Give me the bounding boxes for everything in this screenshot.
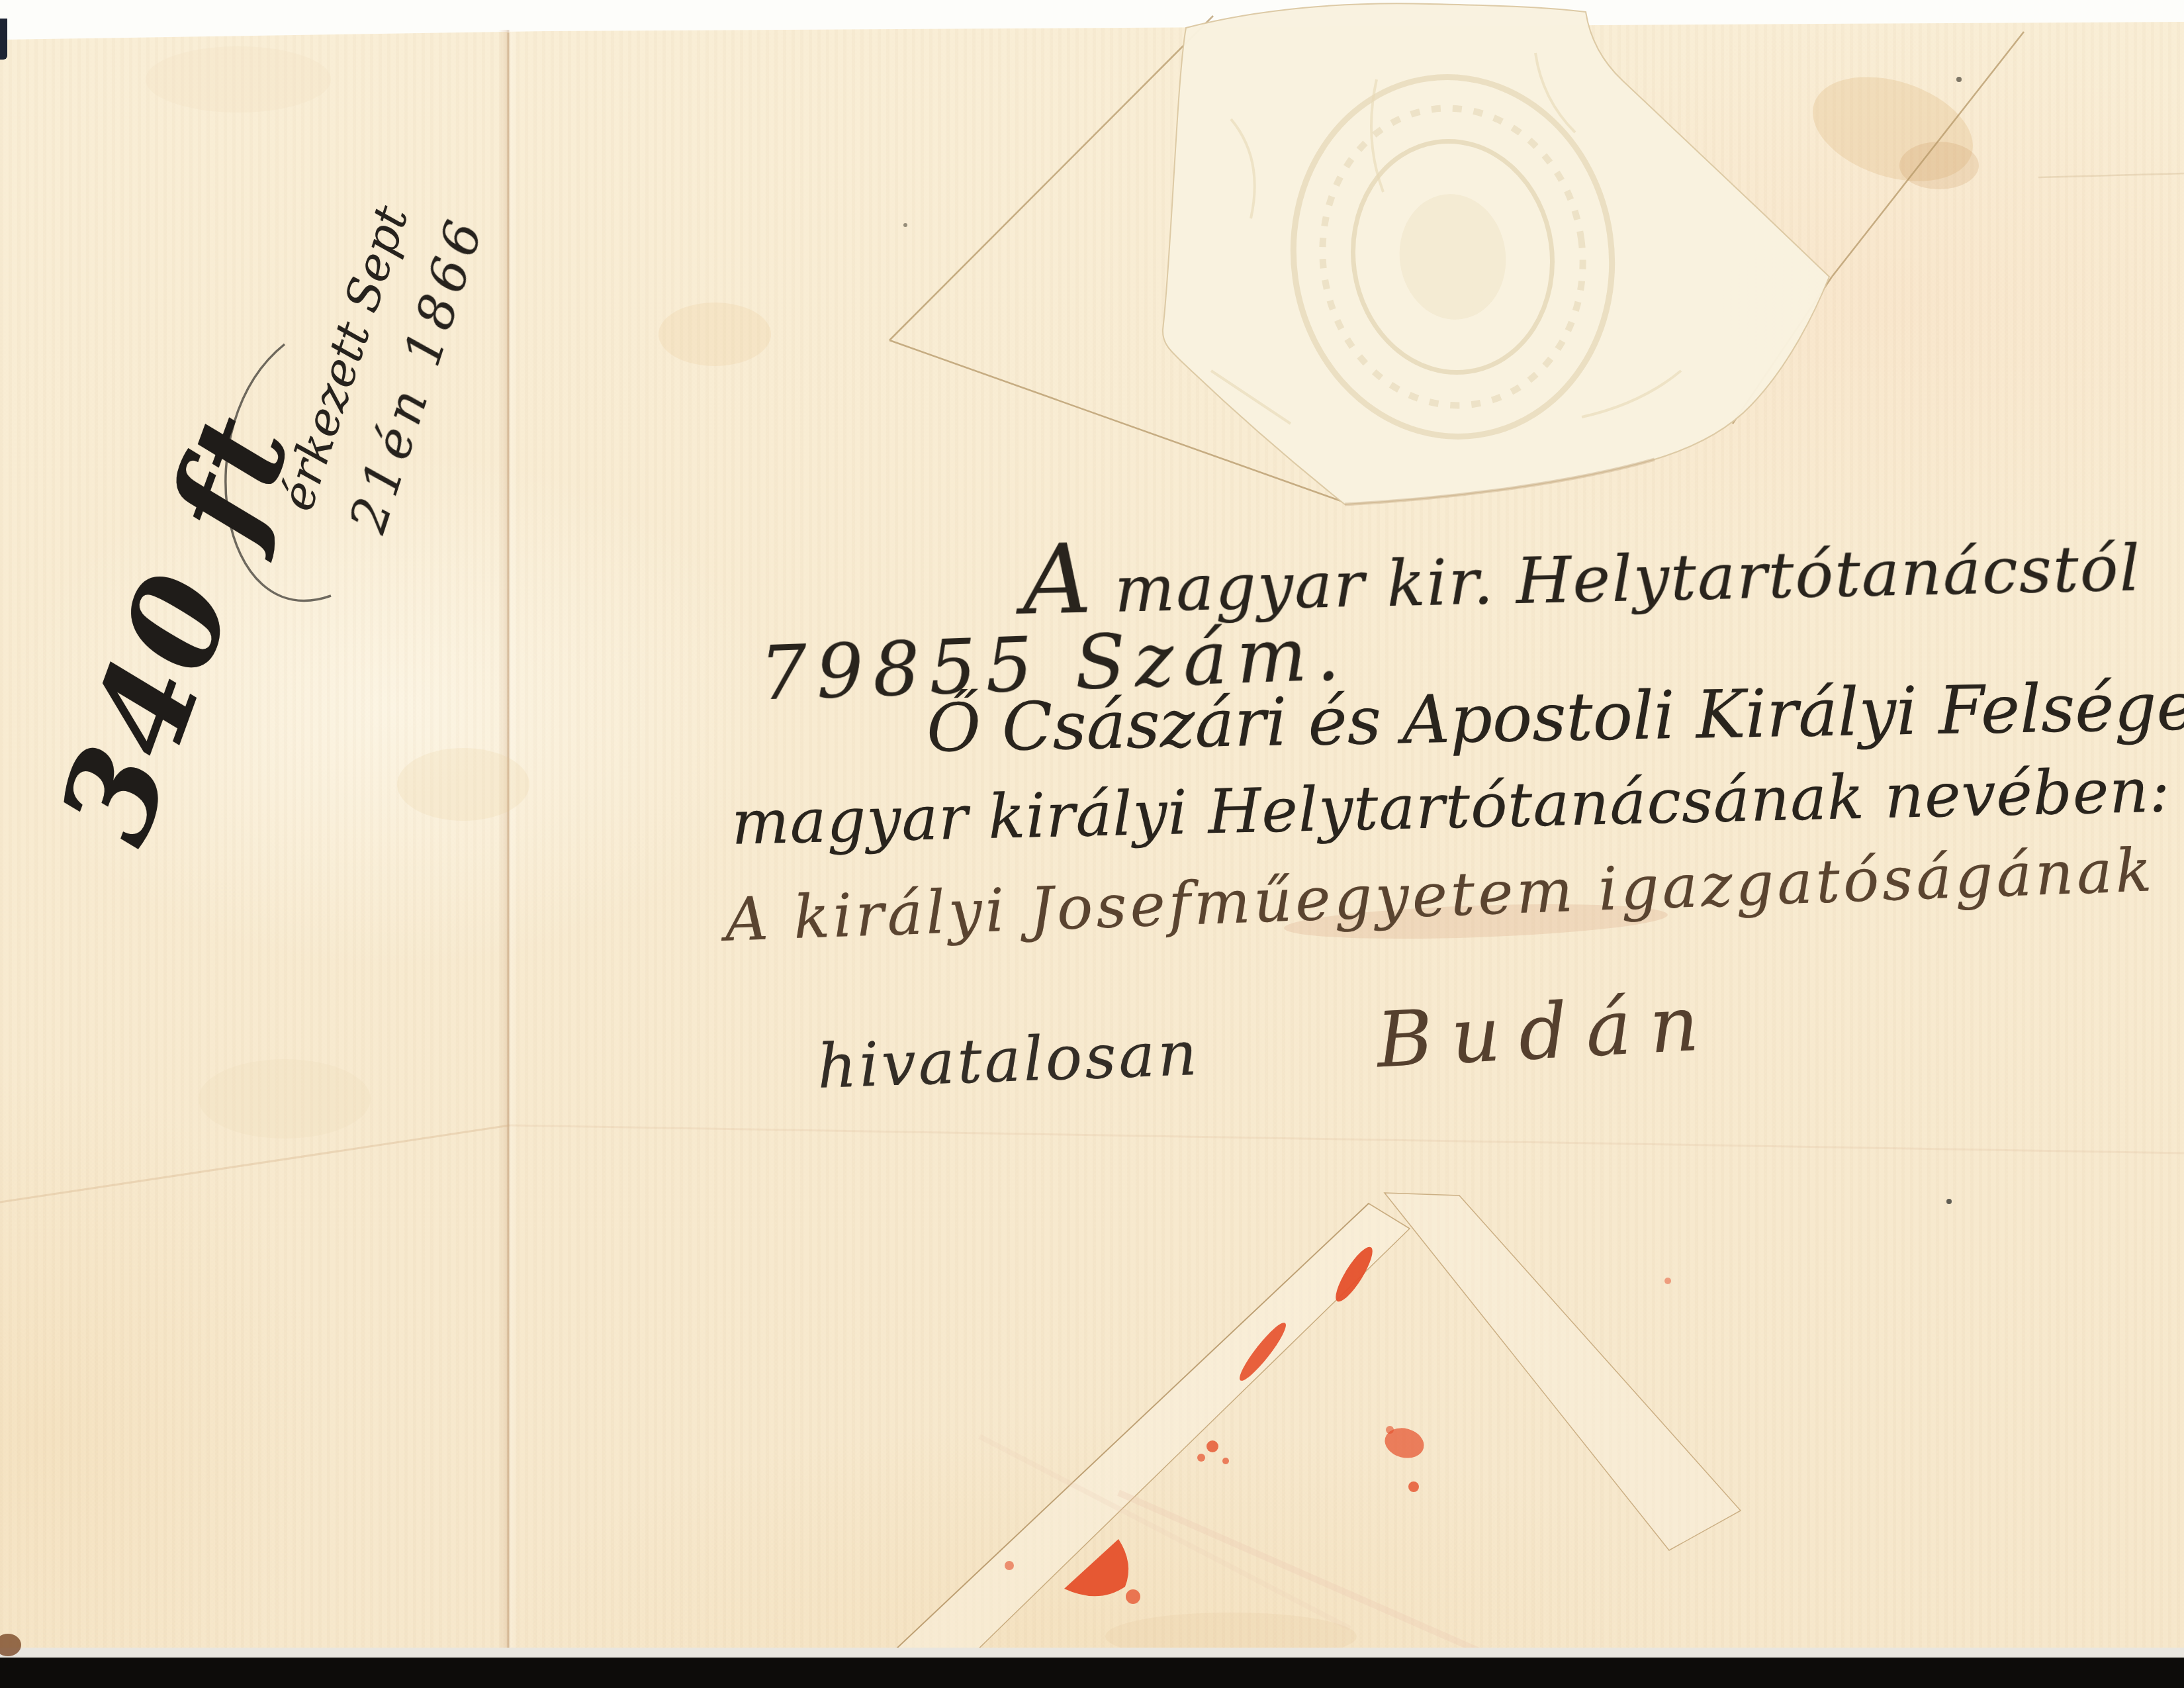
closing-manner: hivatalosan xyxy=(816,1018,1201,1102)
torn-paper-strips xyxy=(862,1193,1741,1681)
scanned-document: A magyar kir. Helytartótanácstól 79855 S… xyxy=(0,0,2184,1688)
header-initial: A xyxy=(1021,523,1093,635)
embossed-paper-wafer-seal xyxy=(1163,3,1829,504)
header-rest: magyar kir. Helytartótanácstól xyxy=(1092,531,2142,627)
scan-corner-artifact xyxy=(0,19,7,60)
paper-bottom-edge xyxy=(0,1648,2184,1658)
closing-place: Budán xyxy=(1375,979,1719,1086)
scanner-bed-bottom-strip xyxy=(0,1658,2184,1688)
